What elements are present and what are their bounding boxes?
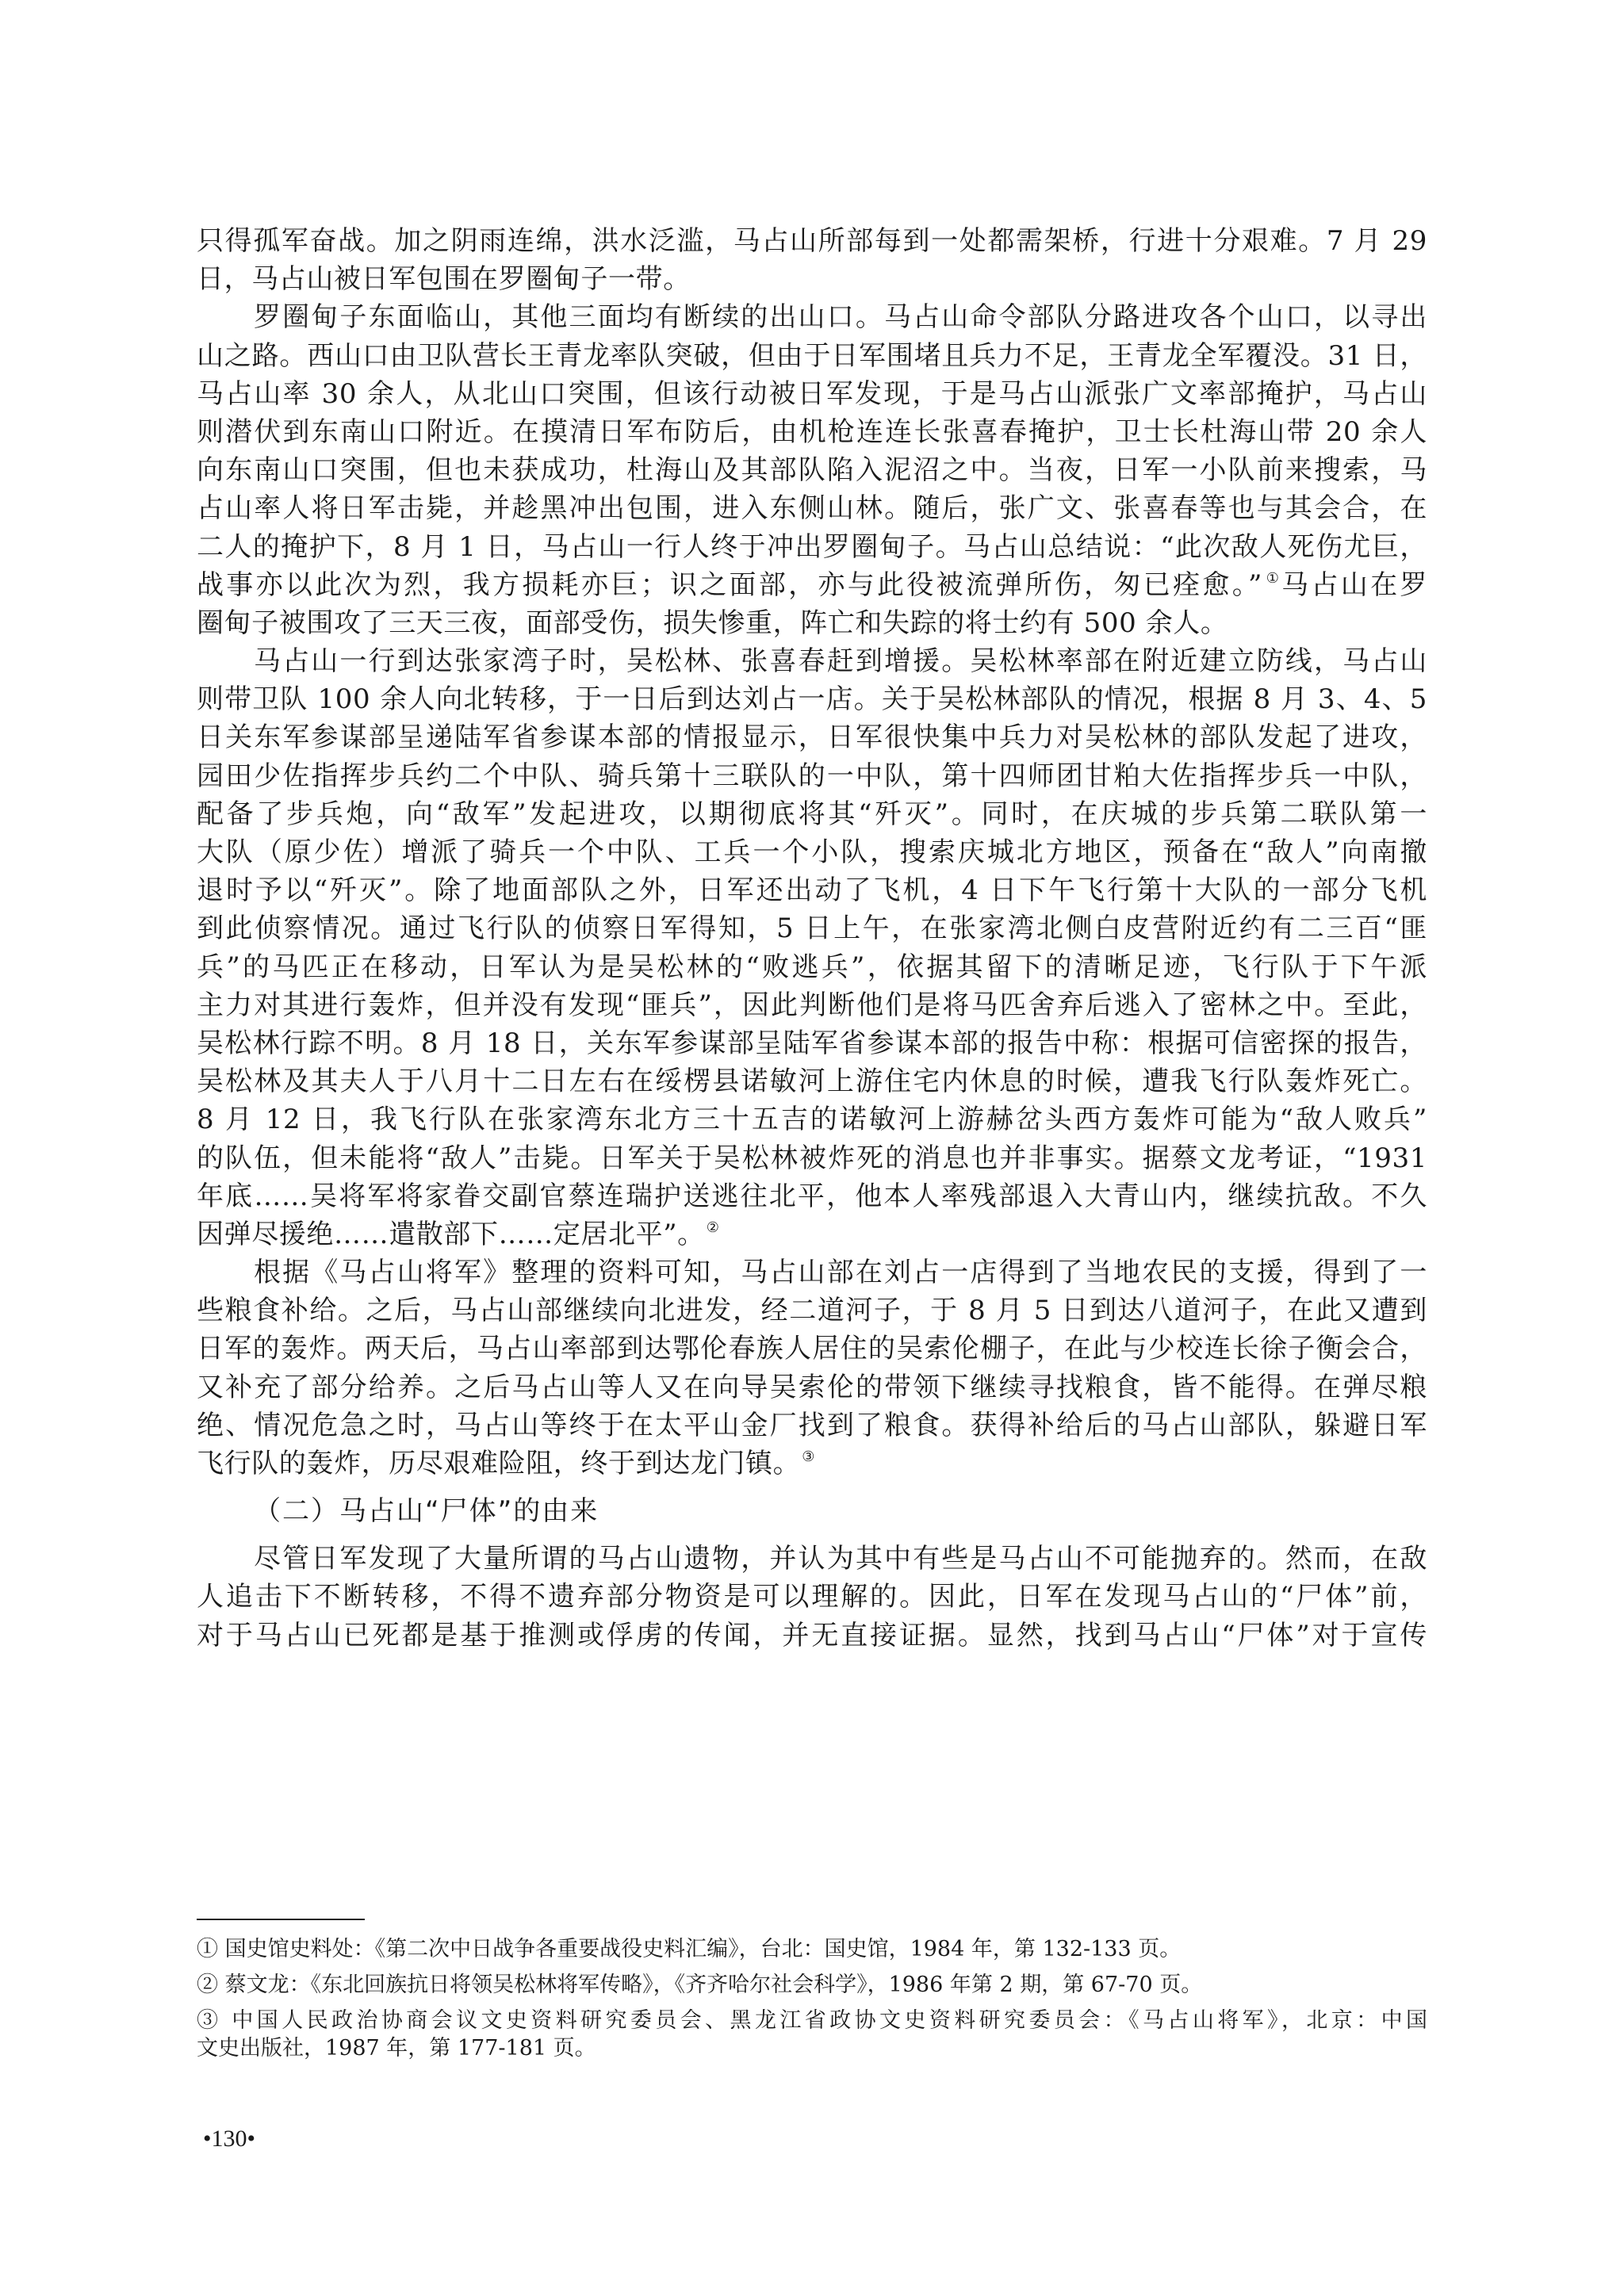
text-line: 日军的轰炸。两天后，马占山率部到达鄂伦春族人居住的吴索伦棚子，在此与少校连长徐子… [197,1330,1427,1368]
text-line: 马占山率 30 余人，从北山口突围，但该行动被日军发现，于是马占山派张广文率部掩… [197,375,1427,413]
footnotes: ① 国史馆史料处：《第二次中日战争各重要战役史料汇编》，台北：国史馆，1984 … [197,1931,1427,2064]
footnote-ref-3[interactable]: ③ [802,1448,815,1465]
text-line: 根据《马占山将军》整理的资料可知，马占山部在刘占一店得到了当地农民的支援，得到了… [197,1253,1427,1291]
section-heading: （二）马占山“尸体”的由来 [197,1487,1427,1535]
document-page: 只得孤军奋战。加之阴雨连绵，洪水泛滥，马占山所部每到一处都需架桥，行进十分艰难。… [0,0,1624,2296]
text-line: 到此侦察情况。通过飞行队的侦察日军得知，5 日上午，在张家湾北侧白皮营附近约有二… [197,909,1427,947]
text-line: 二人的掩护下，8 月 1 日，马占山一行人终于冲出罗圈甸子。马占山总结说：“此次… [197,528,1427,566]
text-segment: 马占山在罗 [1281,569,1427,601]
paragraph: 根据《马占山将军》整理的资料可知，马占山部在刘占一店得到了当地农民的支援，得到了… [197,1253,1427,1483]
text-line: 8 月 12 日，我飞行队在张家湾东北方三十五吉的诺敏河上游赫岔头西方轰炸可能为… [197,1100,1427,1138]
text-line: 因弹尽援绝……遣散部下……定居北平”。② [197,1215,1427,1253]
text-line: 主力对其进行轰炸，但并没有发现“匪兵”，因此判断他们是将马匹舍弃后逃入了密林之中… [197,986,1427,1024]
text-line: 向东南山口突围，但也未获成功，杜海山及其部队陷入泥沼之中。当夜，日军一小队前来搜… [197,451,1427,489]
text-line: 则带卫队 100 余人向北转移，于一日后到达刘占一店。关于吴松林部队的情况，根据… [197,680,1427,718]
text-segment: 战事亦以此次为烈，我方损耗亦巨；识之面部，亦与此役被流弹所伤，匆已痊愈。” [197,569,1262,601]
text-line: 绝、情况危急之时，马占山等终于在太平山金厂找到了粮食。获得补给后的马占山部队，躲… [197,1406,1427,1445]
text-line: 战事亦以此次为烈，我方损耗亦巨；识之面部，亦与此役被流弹所伤，匆已痊愈。”①马占… [197,566,1427,604]
text-line: 对于马占山已死都是基于推测或俘虏的传闻，并无直接证据。显然，找到马占山“尸体”对… [197,1617,1427,1655]
text-line: 配备了步兵炮，向“敌军”发起进攻，以期彻底将其“歼灭”。同时，在庆城的步兵第二联… [197,795,1427,833]
text-line: 年底……吴将军将家眷交副官蔡连瑞护送逃往北平，他本人率残部退入大青山内，继续抗敌… [197,1177,1427,1215]
text-line: 只得孤军奋战。加之阴雨连绵，洪水泛滥，马占山所部每到一处都需架桥，行进十分艰难。… [197,222,1427,260]
text-line: 园田少佐指挥步兵约二个中队、骑兵第十三联队的一中队，第十四师团甘粕大佐指挥步兵一… [197,757,1427,795]
text-line: 日关东军参谋部呈递陆军省参谋本部的情报显示，日军很快集中兵力对吴松林的部队发起了… [197,718,1427,756]
text-line: 占山率人将日军击毙，并趁黑冲出包围，进入东侧山林。随后，张广文、张喜春等也与其会… [197,489,1427,527]
text-line: 的队伍，但未能将“敌人”击毙。日军关于吴松林被炸死的消息也并非事实。据蔡文龙考证… [197,1139,1427,1177]
text-line: 大队（原少佐）增派了骑兵一个中队、工兵一个小队，搜索庆城北方地区，预备在“敌人”… [197,833,1427,871]
text-line: 则潜伏到东南山口附近。在摸清日军布防后，由机枪连连长张喜春掩护，卫士长杜海山带 … [197,413,1427,451]
text-segment: 因弹尽援绝……遣散部下……定居北平”。 [197,1219,705,1250]
body-text: 只得孤军奋战。加之阴雨连绵，洪水泛滥，马占山所部每到一处都需架桥，行进十分艰难。… [197,222,1427,1655]
text-line: 罗圈甸子东面临山，其他三面均有断续的出山口。马占山命令部队分路进攻各个山口，以寻… [197,298,1427,336]
text-line: 圈甸子被围攻了三天三夜，面部受伤，损失惨重，阵亡和失踪的将士约有 500 余人。 [197,604,1427,642]
text-line: 日，马占山被日军包围在罗圈甸子一带。 [197,260,1427,298]
paragraph: 只得孤军奋战。加之阴雨连绵，洪水泛滥，马占山所部每到一处都需架桥，行进十分艰难。… [197,222,1427,298]
footnote-ref-2[interactable]: ② [707,1219,720,1236]
text-line: 吴松林行踪不明。8 月 18 日，关东军参谋部呈陆军省参谋本部的报告中称：根据可… [197,1024,1427,1062]
text-line: 飞行队的轰炸，历尽艰难险阻，终于到达龙门镇。③ [197,1445,1427,1483]
paragraph: 罗圈甸子东面临山，其他三面均有断续的出山口。马占山命令部队分路进攻各个山口，以寻… [197,298,1427,642]
text-line: 又补充了部分给养。之后马占山等人又在向导吴索伦的带领下继续寻找粮食，皆不能得。在… [197,1368,1427,1406]
text-line: 些粮食补给。之后，马占山部继续向北进发，经二道河子，于 8 月 5 日到达八道河… [197,1291,1427,1330]
text-line: 人追击下不断转移，不得不遗弃部分物资是可以理解的。因此，日军在发现马占山的“尸体… [197,1578,1427,1616]
text-segment: 飞行队的轰炸，历尽艰难险阻，终于到达龙门镇。 [197,1448,800,1479]
text-line: 兵”的马匹正在移动，日军认为是吴松林的“败逃兵”，依据其留下的清晰足迹，飞行队于… [197,948,1427,986]
text-line: 吴松林及其夫人于八月十二日左右在绥楞县诺敏河上游住宅内休息的时候，遭我飞行队轰炸… [197,1062,1427,1100]
footnote-ref-1[interactable]: ① [1264,570,1281,587]
paragraph: 马占山一行到达张家湾子时，吴松林、张喜春赶到增援。吴松林率部在附近建立防线，马占… [197,642,1427,1253]
footnote-2: ② 蔡文龙：《东北回族抗日将领吴松林将军传略》，《齐齐哈尔社会科学》，1986 … [197,1967,1427,2003]
text-line: 尽管日军发现了大量所谓的马占山遗物，并认为其中有些是马占山不可能抛弃的。然而，在… [197,1540,1427,1578]
text-line: 退时予以“歼灭”。除了地面部队之外，日军还出动了飞机，4 日下午飞行第十大队的一… [197,871,1427,909]
footnote-1: ① 国史馆史料处：《第二次中日战争各重要战役史料汇编》，台北：国史馆，1984 … [197,1931,1427,1967]
page-number: •130• [203,2123,255,2155]
paragraph: 尽管日军发现了大量所谓的马占山遗物，并认为其中有些是马占山不可能抛弃的。然而，在… [197,1540,1427,1655]
text-line: 马占山一行到达张家湾子时，吴松林、张喜春赶到增援。吴松林率部在附近建立防线，马占… [197,642,1427,680]
footnote-divider [197,1919,365,1920]
text-line: 山之路。西山口由卫队营长王青龙率队突破，但由于日军围堵且兵力不足，王青龙全军覆没… [197,337,1427,375]
